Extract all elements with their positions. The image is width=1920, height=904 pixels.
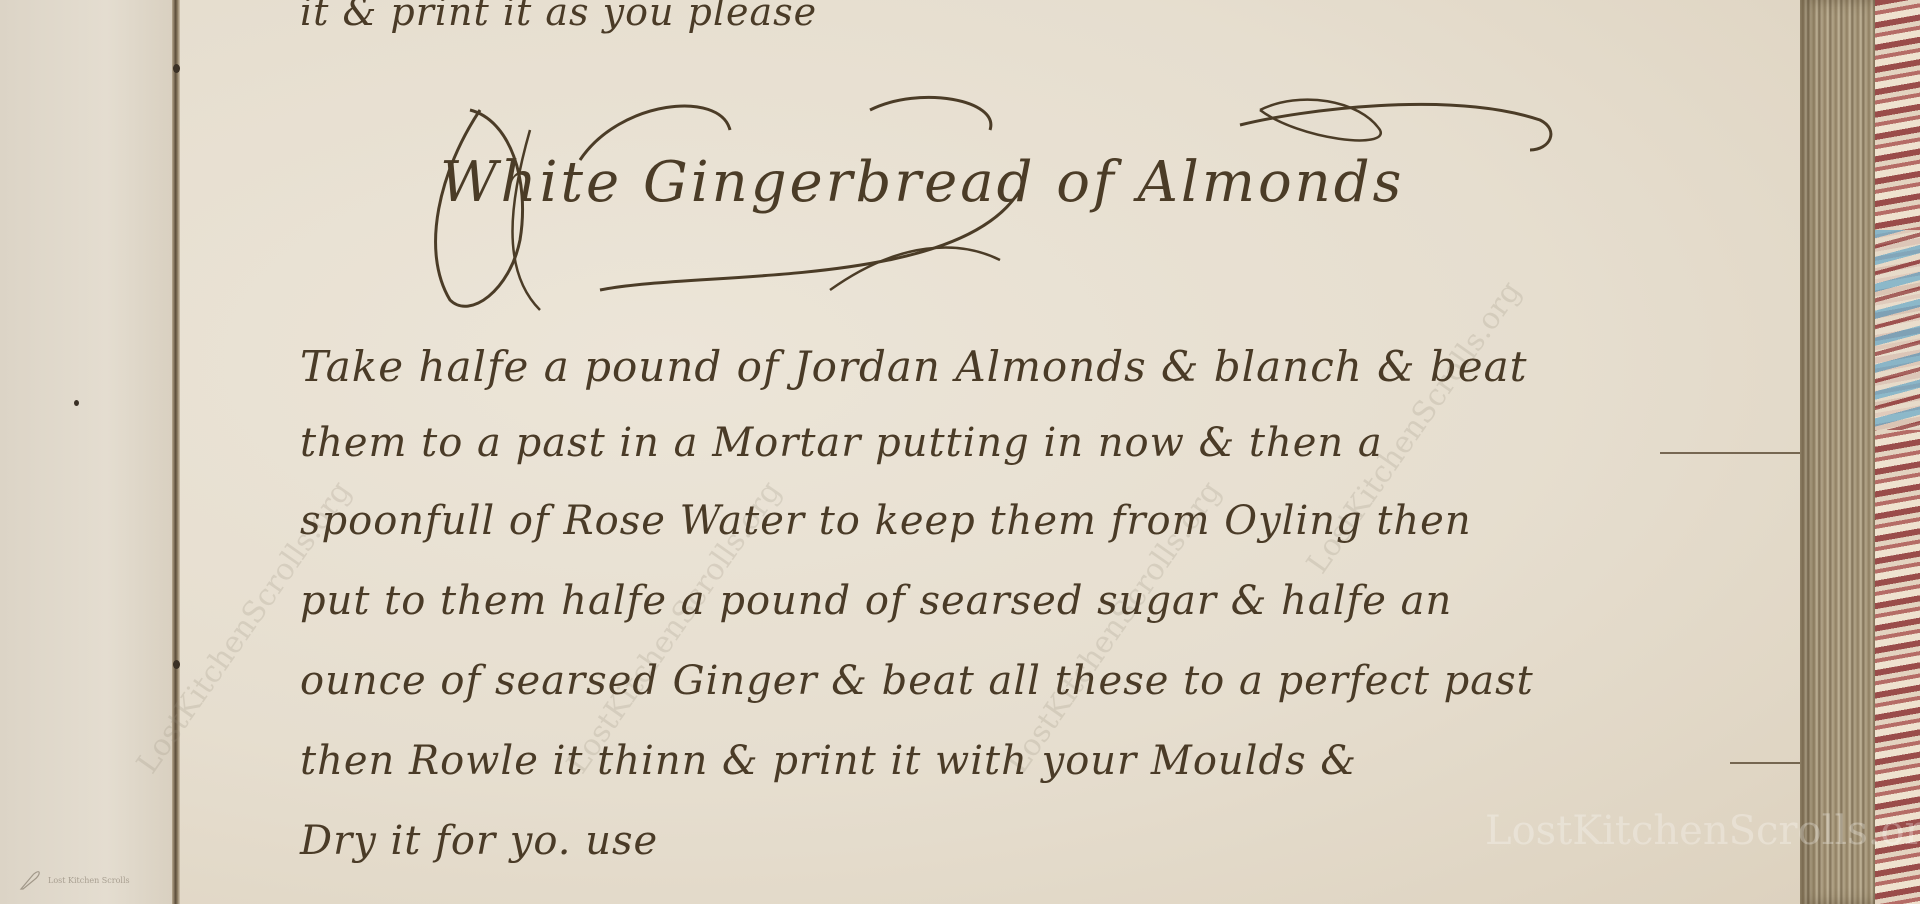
recipe-line-7: Dry it for yo. use: [300, 818, 658, 864]
corner-logo-text: Lost Kitchen Scrolls: [48, 876, 130, 885]
recipe-line-6: then Rowle it thinn & print it with your…: [300, 738, 1357, 784]
previous-recipe-ending: it & print it as you please: [300, 0, 817, 34]
binding-hole: [173, 660, 180, 669]
recipe-line-5: ounce of searsed Ginger & beat all these…: [300, 658, 1534, 704]
marbled-endpaper-blue-pattern: [1875, 230, 1920, 430]
recipe-title: White Gingerbread of Almonds: [440, 150, 1404, 215]
corner-logo: Lost Kitchen Scrolls: [18, 868, 130, 892]
recipe-line-2: them to a past in a Mortar putting in no…: [300, 420, 1383, 466]
quill-icon: [18, 868, 42, 892]
page-edges: [1800, 0, 1875, 904]
recipe-line-1: Take halfe a pound of Jordan Almonds & b…: [300, 342, 1528, 391]
marbled-endpaper: [1875, 0, 1920, 904]
line-filler-rule: [1730, 762, 1800, 764]
ink-spot: [74, 400, 79, 406]
book-gutter: [172, 0, 180, 904]
recipe-line-3: spoonfull of Rose Water to keep them fro…: [300, 498, 1472, 544]
line-filler-rule: [1660, 452, 1800, 454]
binding-hole: [173, 64, 180, 73]
recipe-line-4: put to them halfe a pound of searsed sug…: [300, 578, 1452, 624]
watermark-site: LostKitchenScrolls.org: [1485, 808, 1920, 854]
